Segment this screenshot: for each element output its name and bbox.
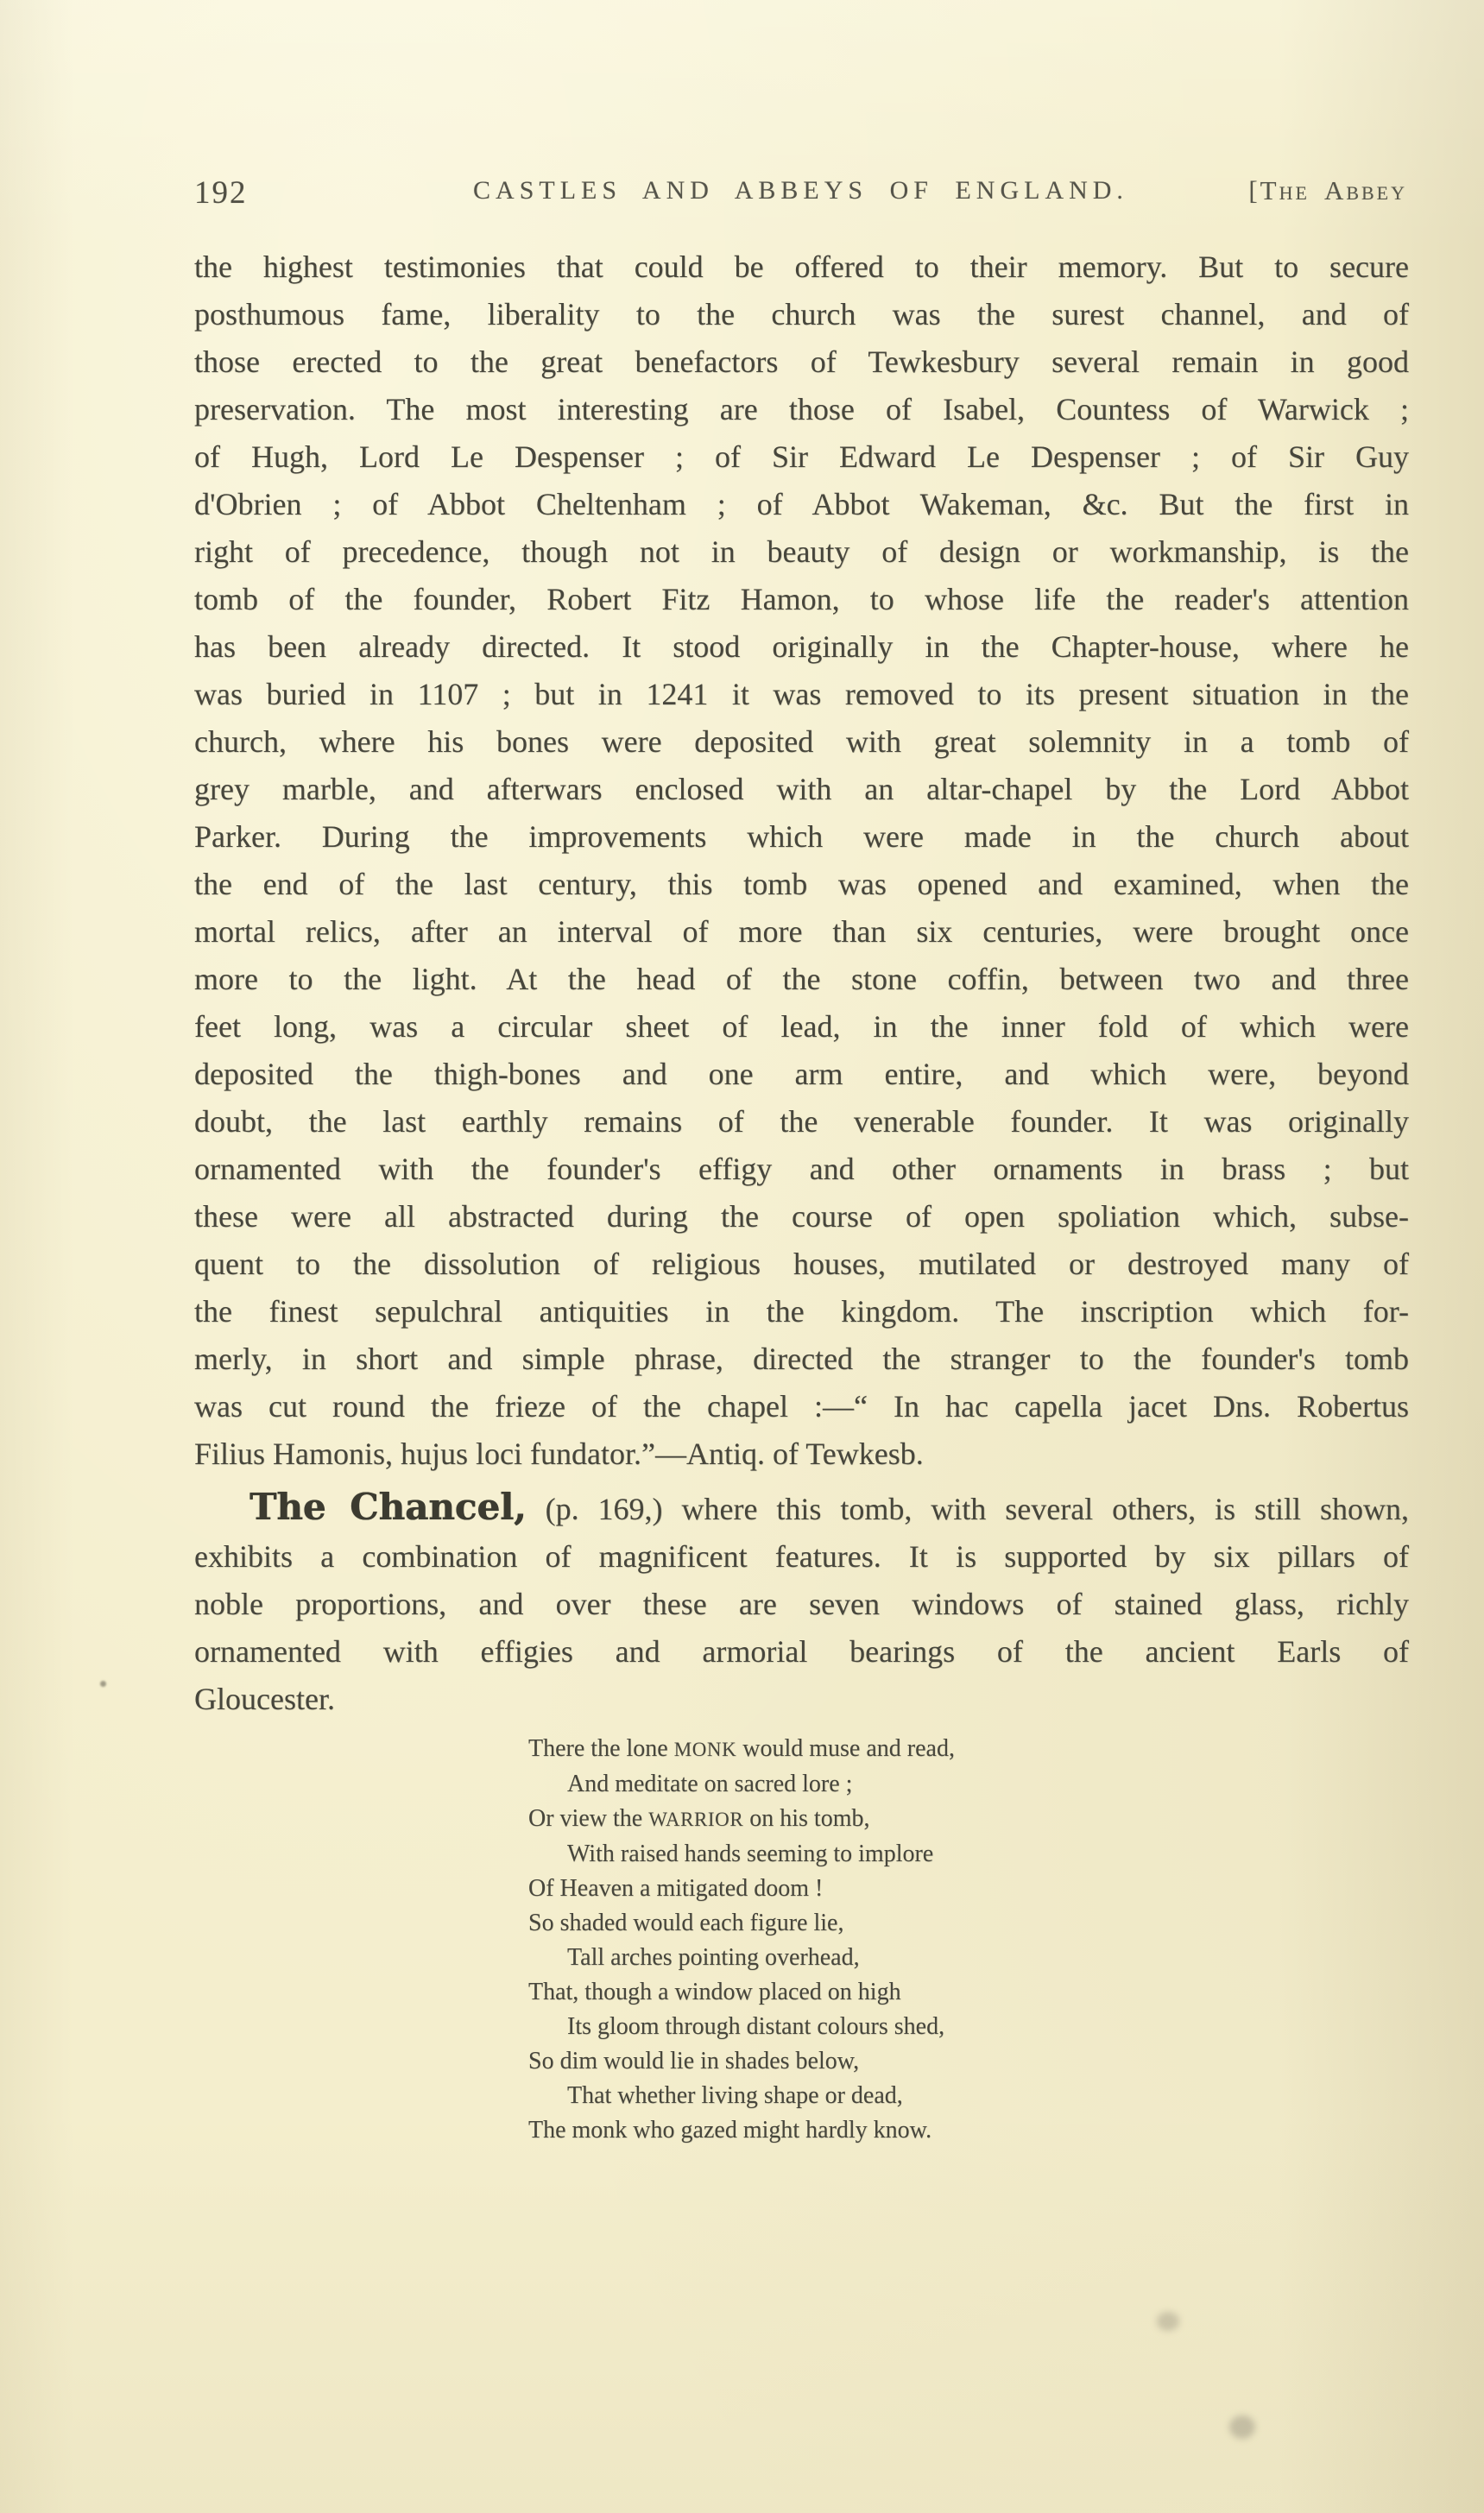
poem-line: The monk who gazed might hardly know.	[528, 2113, 1409, 2148]
text-line: was cut round the frieze of the chapel :…	[194, 1383, 1409, 1430]
text-line: the end of the last century, this tomb w…	[194, 861, 1409, 908]
text-segment: There the lone	[528, 1735, 674, 1762]
text-line: exhibits a combination of magnificent fe…	[194, 1533, 1409, 1581]
poem-line: There the lone MONK would muse and read,	[528, 1732, 1409, 1767]
paragraph-1: the highest testimonies that could be of…	[194, 243, 1409, 1478]
scan-speck	[100, 1681, 106, 1687]
text-line: merly, in short and simple phrase, direc…	[194, 1335, 1409, 1383]
text-line: quent to the dissolution of religious ho…	[194, 1241, 1409, 1288]
text-line: ornamented with the founder's effigy and…	[194, 1146, 1409, 1193]
text-line: these were all abstracted during the cou…	[194, 1193, 1409, 1241]
text-line: has been already directed. It stood orig…	[194, 623, 1409, 671]
running-head: 192 CASTLES AND ABBEYS OF ENGLAND. [The …	[194, 173, 1407, 211]
text-line: tomb of the founder, Robert Fitz Hamon, …	[194, 576, 1409, 623]
text-line: Gloucester.	[194, 1676, 1409, 1723]
text-line: Filius Hamonis, hujus loci fundator.”—An…	[194, 1430, 1409, 1478]
text-line: mortal relics, after an interval of more…	[194, 908, 1409, 956]
text-line: feet long, was a circular sheet of lead,…	[194, 1003, 1409, 1051]
poem-line: Or view the WARRIOR on his tomb,	[528, 1802, 1409, 1837]
poem-line: With raised hands seeming to implore	[528, 1837, 1409, 1872]
poem-line: So shaded would each figure lie,	[528, 1906, 1409, 1941]
text-line: more to the light. At the head of the st…	[194, 956, 1409, 1003]
text-segment: (p. 169,) where this tomb, with several …	[527, 1492, 1409, 1526]
scan-smudge	[1229, 2415, 1255, 2439]
small-caps-word: MONK	[674, 1739, 737, 1760]
text-line: the finest sepulchral antiquities in the…	[194, 1288, 1409, 1335]
poem-line: That whether living shape or dead,	[528, 2079, 1409, 2113]
text-line: deposited the thigh-bones and one arm en…	[194, 1051, 1409, 1098]
poem-line: Of Heaven a mitigated doom !	[528, 1872, 1409, 1906]
poem-line: Its gloom through distant colours shed,	[528, 2010, 1409, 2044]
text-line: posthumous fame, liberality to the churc…	[194, 291, 1409, 338]
blackletter-lead: The Chancel,	[249, 1486, 527, 1528]
small-caps-word: WARRIOR	[648, 1809, 743, 1830]
text-line: noble proportions, and over these are se…	[194, 1581, 1409, 1628]
text-line: church, where his bones were deposited w…	[194, 718, 1409, 766]
text-line: Parker. During the improvements which we…	[194, 813, 1409, 861]
text-line: grey marble, and afterwars enclosed with…	[194, 766, 1409, 813]
text-line: of Hugh, Lord Le Despenser ; of Sir Edwa…	[194, 433, 1409, 481]
poem-line: And meditate on sacred lore ;	[528, 1767, 1409, 1802]
page-body: the highest testimonies that could be of…	[194, 243, 1409, 2148]
text-line: doubt, the last earthly remains of the v…	[194, 1098, 1409, 1146]
text-segment: would muse and read,	[736, 1735, 955, 1762]
poem-line: So dim would lie in shades below,	[528, 2044, 1409, 2079]
scan-smudge	[1157, 2312, 1179, 2331]
text-line: the highest testimonies that could be of…	[194, 243, 1409, 291]
text-segment: Or view the	[528, 1805, 648, 1832]
poem-quotation: There the lone MONK would muse and read,…	[194, 1732, 1409, 2148]
section-marker: [The Abbey	[1248, 175, 1407, 206]
text-segment: on his tomb,	[743, 1805, 869, 1832]
text-line: was buried in 1107 ; but in 1241 it was …	[194, 671, 1409, 718]
running-title: CASTLES AND ABBEYS OF ENGLAND.	[194, 176, 1407, 205]
text-line: The Chancel, (p. 169,) where this tomb, …	[194, 1483, 1409, 1533]
text-line: those erected to the great benefactors o…	[194, 338, 1409, 386]
poem-line: That, though a window placed on high	[528, 1975, 1409, 2010]
text-line: right of precedence, though not in beaut…	[194, 528, 1409, 576]
text-line: preservation. The most interesting are t…	[194, 386, 1409, 433]
text-line: d'Obrien ; of Abbot Cheltenham ; of Abbo…	[194, 481, 1409, 528]
poem-line: Tall arches pointing overhead,	[528, 1941, 1409, 1975]
book-page-scan: 192 CASTLES AND ABBEYS OF ENGLAND. [The …	[0, 0, 1484, 2513]
paragraph-2: The Chancel, (p. 169,) where this tomb, …	[194, 1483, 1409, 1723]
text-line: ornamented with effigies and armorial be…	[194, 1628, 1409, 1676]
